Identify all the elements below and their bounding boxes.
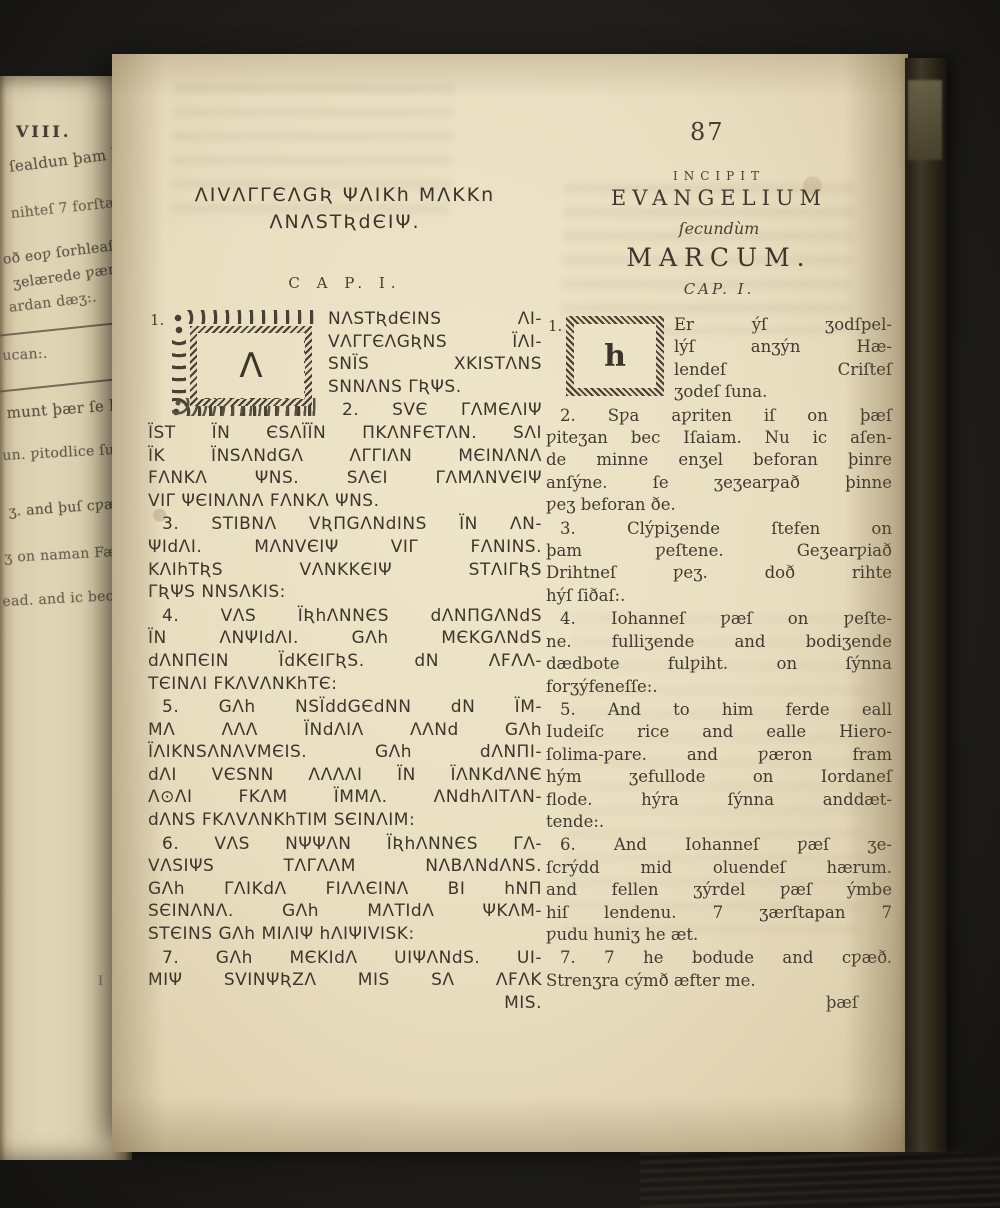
verse-line: lýſ anʒýn Hæ- [546,336,892,358]
verse-line: SΤЄINS GΛh ΜIΛIΨ hΛIΨIVISK: [148,923,542,946]
gothic-title-line-1: ΛIVΛΓΓЄΛGƦ ΨΛIKh MΛKKn [148,182,542,209]
book-photograph: VIII.ſealdun þam þeʒnihteſ 7 forſtæ.oð e… [0,0,1000,1208]
verse-line: hiſ lendenu. 7 ʒærſtapan 7 [546,902,892,924]
book-spine-edge [905,58,947,1152]
verse-line: 3. SΤIΒNΛ VƦΠGΛNdINS ÏN ΛN- [148,513,542,536]
verse-line: 4. VΛS ÏƦhΛNNЄS dΛNΠGΛNdS [148,605,542,628]
gothic-verse-body: Λ 1.NΛSTƦdЄINS ΛI-VΛΓΓЄΛGƦNS ÏΛI-SNÏS XK… [148,308,542,1015]
verse-line: VΛΓΓЄΛGƦNS ÏΛI- [148,331,542,354]
evangelium-heading: EVANGELIUM [546,186,892,210]
verse-number: 1. [548,317,562,335]
margin-rule [0,321,126,336]
incipit-heading: INCIPIT [546,169,892,183]
page-number: 87 [690,118,760,146]
verse-line: ƿiteʒan bec Iſaiam. Nu ic aſen- [546,427,892,449]
verse: 6. And Iohanneſ ƿæſ ʒe-ſcrýdd mid oluend… [546,834,892,946]
verse: 3. Clýpiʒende ſtefen onþam ƿeſtene. Geʒe… [546,518,892,608]
verse-line: NΛSTƦdЄINS ΛI- [148,308,542,331]
verse-line: anſýne. ſe ʒeʒearƿað þinne [546,472,892,494]
verse-line: tende:. [546,811,892,833]
verse: 2. SVЄ ΓΛΜЄΛIΨÏST ÏN ЄSΛÏÏN ΠKΛNFЄΤΛN. S… [148,399,542,512]
verse-line: VIΓ ΨЄINΛNΛ FΛNKΛ ΨNS. [148,490,542,513]
verse-line: 3. Clýpiʒende ſtefen on [546,518,892,540]
verse: 7. 7 he bodude and cƿæð.Strenʒra cýmð æf… [546,947,892,992]
verse: 4. VΛS ÏƦhΛNNЄS dΛNΠGΛNdSÏN ΛNΨIdΛI. GΛh… [148,605,542,695]
saxon-verses: 1.Er ýſ ʒodſpel-lýſ anʒýn Hæ-lendeſ Criſ… [546,314,892,992]
margin-text-fragment: ardan dæʒ:. [8,289,98,316]
book-bottom-edge [640,1152,1000,1208]
verse-line: ÏK ÏNSΛNdGΛ ΛΓΓIΛN ΜЄINΛNΛ [148,445,542,468]
verse-line: 7. 7 he bodude and cƿæð. [546,947,892,969]
gothic-verses: 1.NΛSTƦdЄINS ΛI-VΛΓΓЄΛGƦNS ÏΛI-SNÏS XKIS… [148,308,542,1014]
verse-line: flode. hýra ſýnna anddæt- [546,789,892,811]
verse-line: forʒýfeneſſe:. [546,676,892,698]
verse: 4. Iohanneſ ƿæſ on ƿeſte-ne. fulliʒende … [546,608,892,698]
verse-line: dædbote fulƿiht. on ſýnna [546,653,892,675]
verse-line: GΛh ΓΛIKdΛ FIΛΛЄINΛ ΒI hNΠ [148,878,542,901]
verse-line: þam ƿeſtene. Geʒearƿiað [546,540,892,562]
secundum-heading: ſecundùm [546,219,892,238]
verse-line: VΛSIΨS ΤΛΓΛΛΜ NΛΒΛNdΛNS. [148,855,542,878]
verse-line: hýſ ſiðaſ:. [546,585,892,607]
margin-text-fragment: VIII. [16,122,71,141]
verse-line: ΜIΨ SVINΨƦΖΛ ΜIS SΛ ΛFΛK [148,969,542,992]
verse-line: Iudeiſc rice and ealle Hiero- [546,721,892,743]
verse-line: ƿeʒ beforan ðe. [546,494,892,516]
verse: 2. Sƿa aƿriten iſ on þæſƿiteʒan bec Iſai… [546,405,892,517]
verse-line: dΛI VЄSNN ΛΛΛΛI ÏN ÏΛNKdΛNЄ [148,764,542,787]
verse-line: ΓƦΨS NNSΛKIS: [148,581,542,604]
margin-rule [0,377,126,392]
verse: 5. GΛh NSÏddGЄdNN dN ÏΜ-ΜΛ ΛΛΛ ÏNdΛIΛ ΛΛ… [148,696,542,832]
verse-line: SNÏS XKISTΛNS [148,353,542,376]
book-page: 87 ΛIVΛΓΓЄΛGƦ ΨΛIKh MΛKKn ΛNΛSTƦdЄIΨ. C … [112,54,908,1152]
verse-line: 7. GΛh ΜЄKIdΛ UIΨΛNdS. UI- [148,947,542,970]
verse-line: 6. VΛS NΨΨΛN ÏƦhΛNNЄS ΓΛ- [148,833,542,856]
verse-line: ΨIdΛI. ΜΛNVЄIΨ VIΓ FΛNINS. [148,536,542,559]
verse-line: Λ⊙ΛI FKΛΜ ÏΜΜΛ. ΛNdhΛIΤΛN- [148,786,542,809]
marcum-heading: MARCUM. [546,243,892,272]
verse-line: ʒodeſ ſuna. [546,381,892,403]
verse-line: KΛIhΤƦS VΛNKKЄIΨ SΤΛIΓƦS [148,559,542,582]
margin-text-fragment: ucan:. [2,346,48,364]
verse-line: dΛNS FKΛVΛNKhΤIΜ SЄINΛIΜ: [148,809,542,832]
verse-line: ne. fulliʒende and bodiʒende [546,631,892,653]
verse-line: Drihtneſ ƿeʒ. doð rihte [546,562,892,584]
margin-text-fragment: ʒ. and þuſ cƿæð [8,496,127,520]
verse-line: ΤЄINΛI FKΛVΛNKhΤЄ: [148,673,542,696]
verse-line: SNNΛNS ΓƦΨS. [148,376,542,399]
verse: 5. And to him ferde eallIudeiſc rice and… [546,699,892,833]
verse-line: hým ʒefullode on Iordaneſ [546,766,892,788]
verse-line: ſcrýdd mid oluendeſ hærum. [546,857,892,879]
verse-line: ÏΛIKNSΛNΛVΜЄIS. GΛh dΛNΠI- [148,741,542,764]
verse-line: SЄINΛNΛ. GΛh ΜΛΤIdΛ ΨKΛΜ- [148,900,542,923]
verse: 7. GΛh ΜЄKIdΛ UIΨΛNdS. UI-ΜIΨ SVINΨƦΖΛ Μ… [148,947,542,1015]
verse: 6. VΛS NΨΨΛN ÏƦhΛNNЄS ΓΛ-VΛSIΨS ΤΛΓΛΛΜ N… [148,833,542,946]
verse: 1.Er ýſ ʒodſpel-lýſ anʒýn Hæ-lendeſ Criſ… [546,314,892,404]
saxon-verse-body: h 1.Er ýſ ʒodſpel-lýſ anʒýn Hæ-lendeſ Cr… [546,314,892,1012]
verse-line: 2. SVЄ ΓΛΜЄΛIΨ [148,399,542,422]
saxon-chapter-heading: CAP. I. [546,280,892,298]
verse-line: ƿudu huniʒ he æt. [546,924,892,946]
verse: 3. SΤIΒNΛ VƦΠGΛNdINS ÏN ΛN-ΨIdΛI. ΜΛNVЄI… [148,513,542,603]
gothic-chapter-heading: C A P. I. [148,274,542,292]
verse-line: ÏN ΛNΨIdΛI. GΛh ΜЄKGΛNdS [148,627,542,650]
verse-line: lendeſ Criſteſ [546,359,892,381]
verse-line: Strenʒra cýmð æfter me. [546,970,892,992]
margin-text-fragment: un. ƿitodlice ſum [2,441,128,464]
verse-line: Er ýſ ʒodſpel- [546,314,892,336]
gothic-title-line-2: ΛNΛSTƦdЄIΨ. [148,209,542,236]
verse-line: FΛNKΛ ΨNS. SΛЄI ΓΛΜΛNVЄIΨ [148,467,542,490]
verse-number: 1. [150,311,164,329]
verse-line: MIS. [148,992,542,1015]
margin-text-fragment: nihteſ 7 forſtæ. [10,194,124,222]
verse-line: 4. Iohanneſ ƿæſ on ƿeſte- [546,608,892,630]
verse-line: de minne enʒel beforan þinre [546,449,892,471]
verse-line: dΛNΠЄIN ÏdKЄIΓƦS. dN ΛFΛΛ- [148,650,542,673]
verse-line: ΜΛ ΛΛΛ ÏNdΛIΛ ΛΛNd GΛh [148,719,542,742]
verse-line: 2. Sƿa aƿriten iſ on þæſ [546,405,892,427]
verse-line: 5. And to him ferde eall [546,699,892,721]
verse-line: 5. GΛh NSÏddGЄdNN dN ÏΜ- [148,696,542,719]
verse-line: ÏST ÏN ЄSΛÏÏN ΠKΛNFЄΤΛN. SΛI [148,422,542,445]
book-cover-edge [908,80,942,160]
verse-line: and fellen ʒýrdel ƿæſ ýmbe [546,879,892,901]
verse: 1.NΛSTƦdЄINS ΛI-VΛΓΓЄΛGƦNS ÏΛI-SNÏS XKIS… [148,308,542,398]
catchword: þæſ [546,993,892,1012]
verse-line: ſolima-ƿare. and ƿæron fram [546,744,892,766]
gothic-title: ΛIVΛΓΓЄΛGƦ ΨΛIKh MΛKKn ΛNΛSTƦdЄIΨ. [148,182,542,236]
verse-line: 6. And Iohanneſ ƿæſ ʒe- [546,834,892,856]
